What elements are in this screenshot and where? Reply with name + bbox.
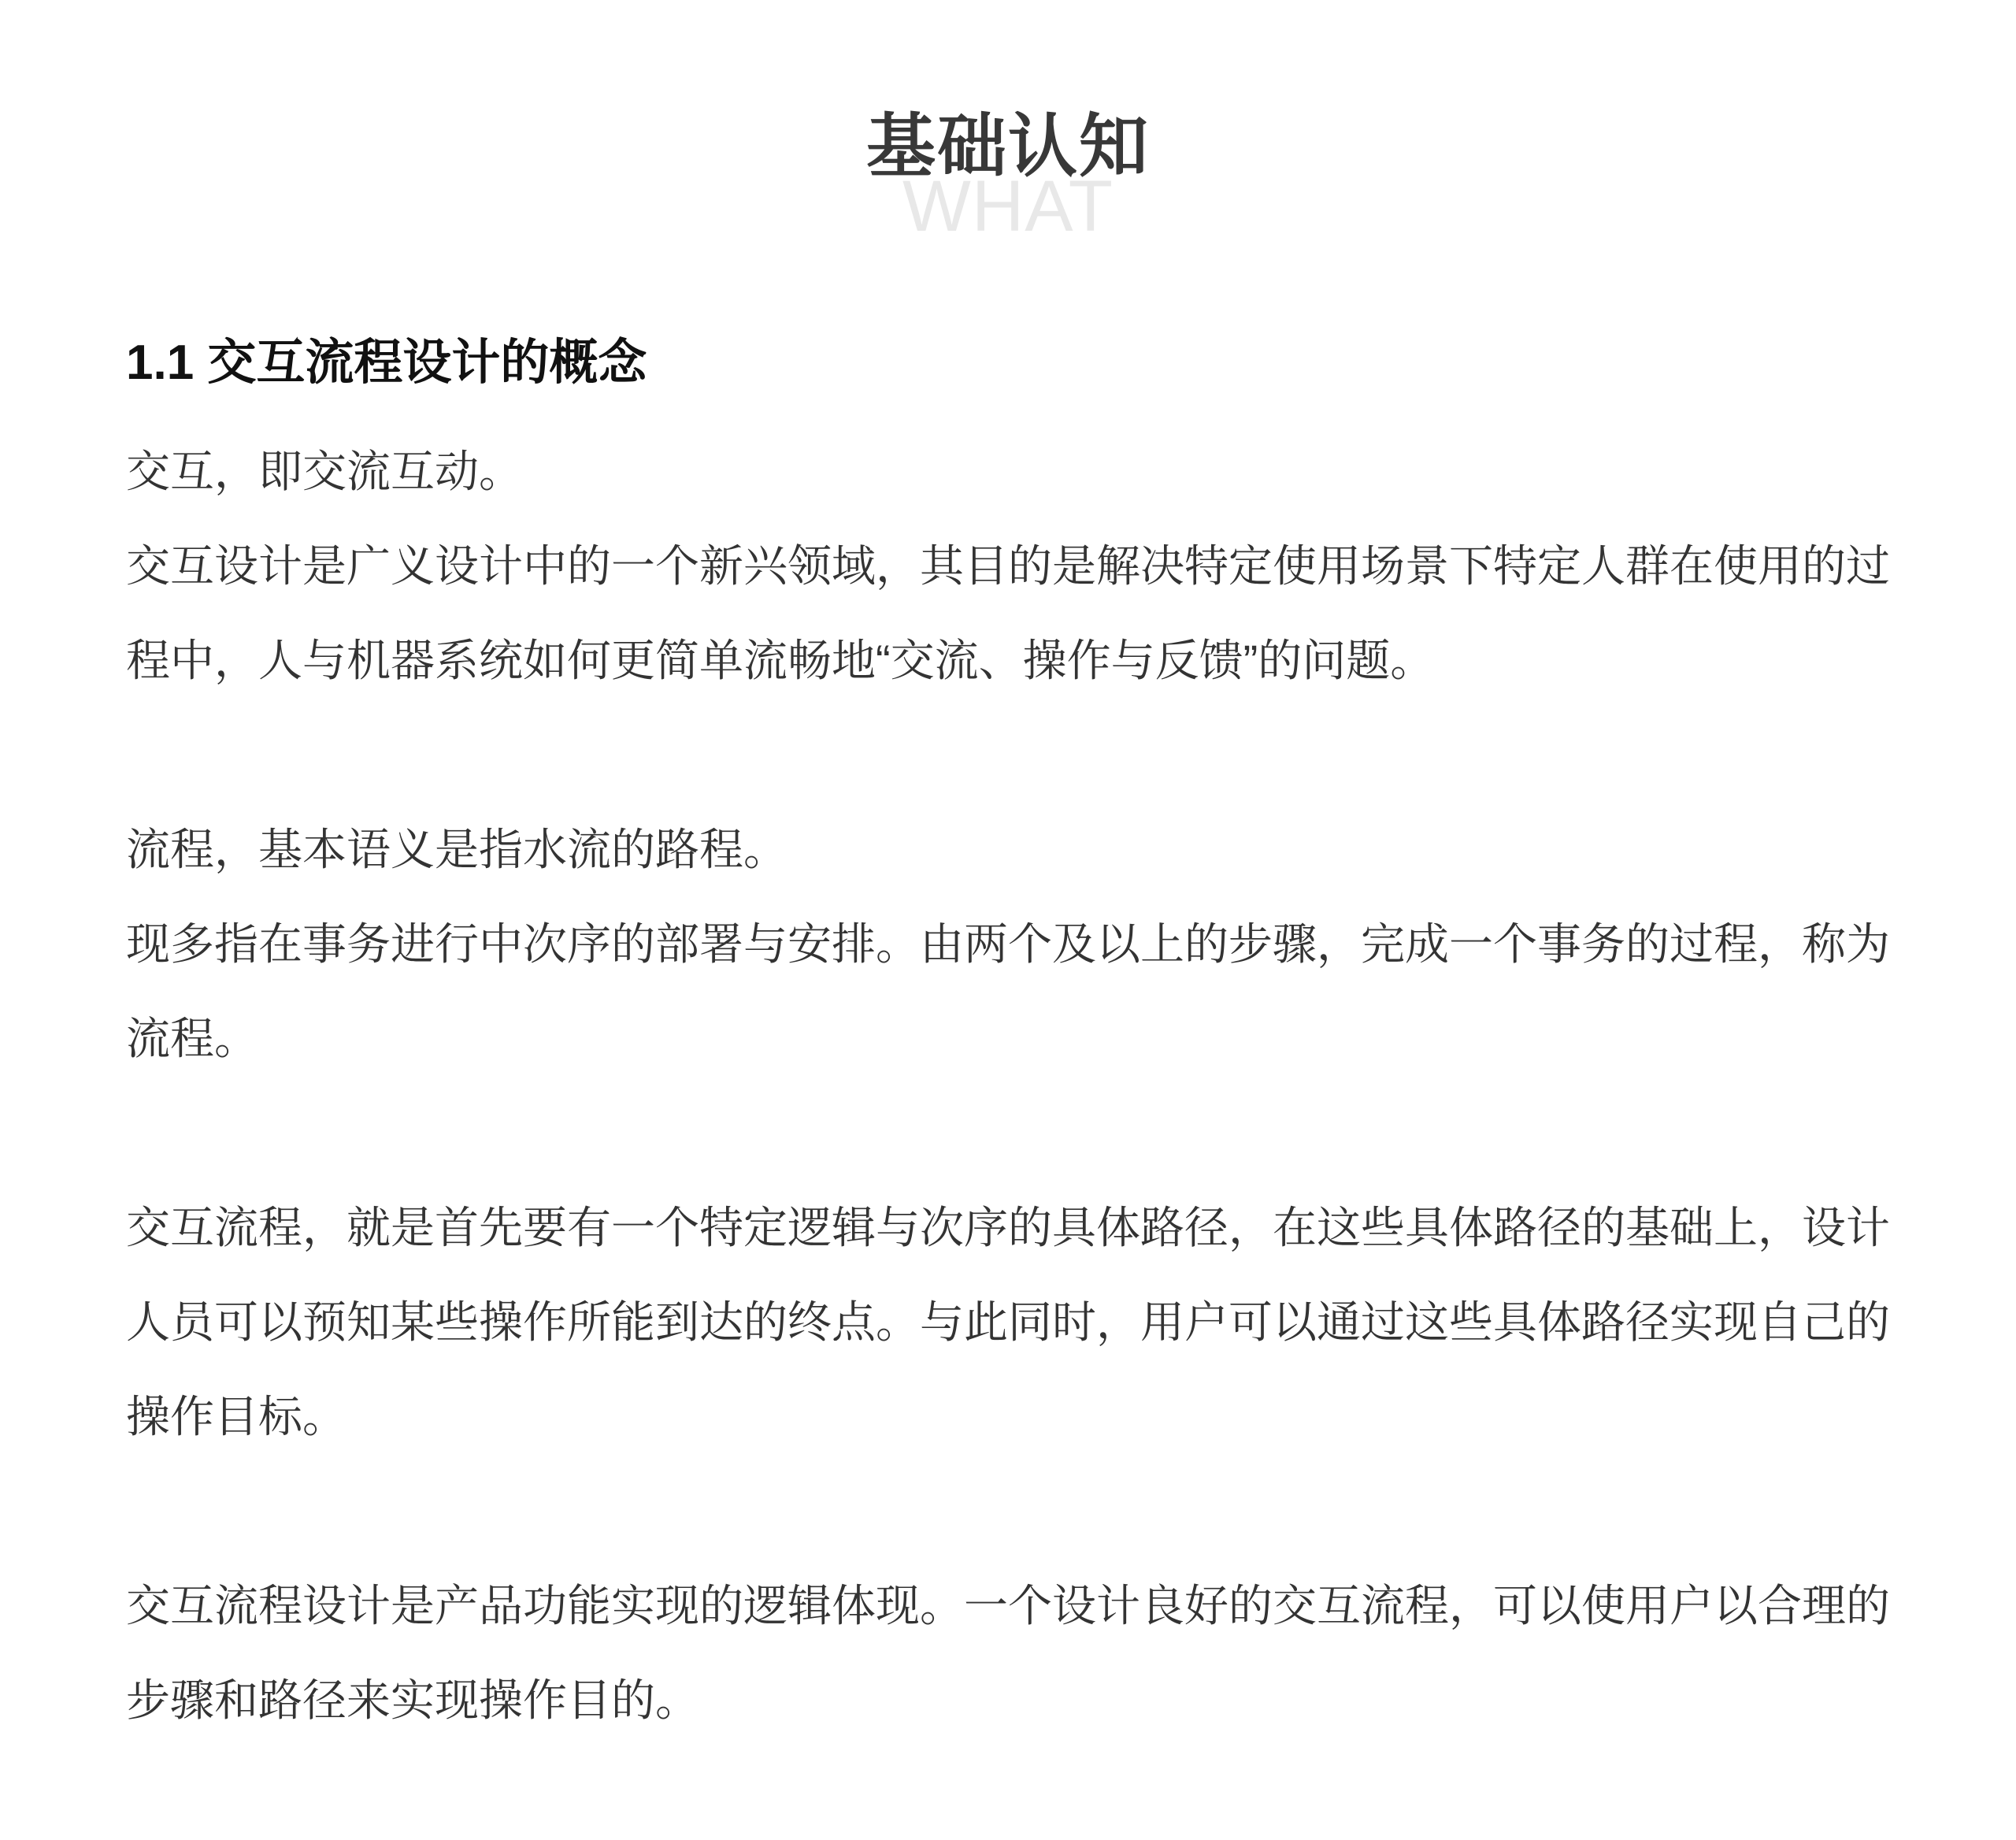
- paragraph: 现多指在事务进行中次序的部署与安排。由两个及以上的步骤，完成一个事务的过程，称为…: [126, 897, 1890, 1086]
- paragraph: 交互，即交流互动。: [126, 425, 1890, 519]
- section-heading: 1.1 交互流程设计的概念: [126, 334, 1890, 392]
- paragraph-group: 流程，基本语义是指水流的路程。 现多指在事务进行中次序的部署与安排。由两个及以上…: [126, 803, 1890, 1086]
- title-block: 基础认知 WHAT: [0, 0, 2016, 243]
- document-content: 1.1 交互流程设计的概念 交互，即交流互动。 交互设计是广义设计中的一个新兴领…: [0, 334, 2016, 1747]
- paragraph: 流程，基本语义是指水流的路程。: [126, 803, 1890, 897]
- paragraph: 交互流程，就是首先要有一个特定逻辑与次序的具体路径，在这些具体路径的基础上，设计…: [126, 1181, 1890, 1464]
- paragraph: 交互设计是广义设计中的一个新兴领域，其目的是解决特定使用场景下特定人群在使用的过…: [126, 519, 1890, 708]
- paragraph: 交互流程设计是产品功能实现的逻辑体现。一个设计良好的交互流程，可以使用户以合理的…: [126, 1559, 1890, 1748]
- page-title: 基础认知: [0, 110, 2016, 183]
- paragraph-group: 交互，即交流互动。 交互设计是广义设计中的一个新兴领域，其目的是解决特定使用场景…: [126, 425, 1890, 708]
- document-page: 基础认知 WHAT 1.1 交互流程设计的概念 交互，即交流互动。 交互设计是广…: [0, 0, 2016, 1840]
- paragraph-group: 交互流程设计是产品功能实现的逻辑体现。一个设计良好的交互流程，可以使用户以合理的…: [126, 1559, 1890, 1748]
- paragraph-group: 交互流程，就是首先要有一个特定逻辑与次序的具体路径，在这些具体路径的基础上，设计…: [126, 1181, 1890, 1464]
